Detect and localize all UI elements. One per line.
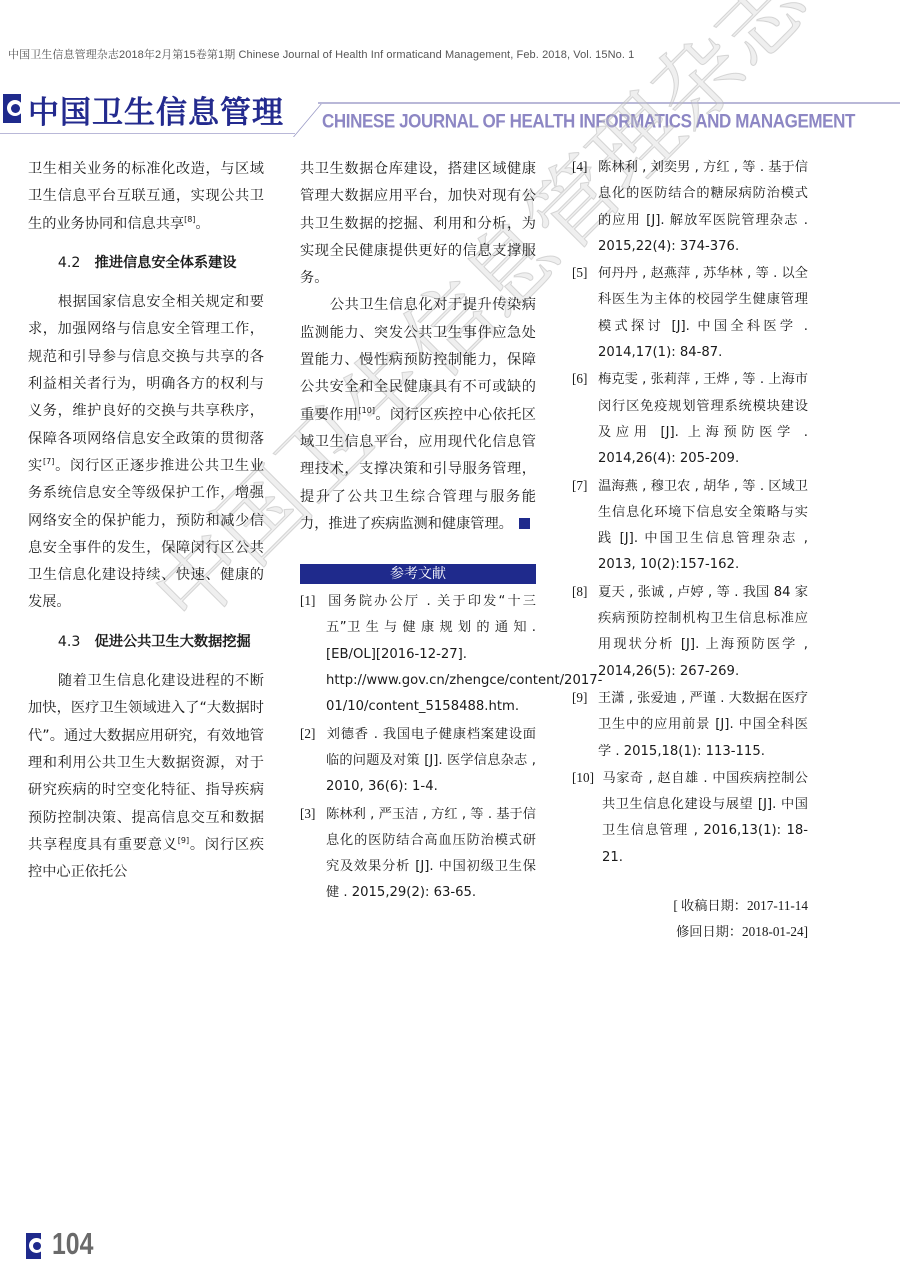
citation[interactable]: [8] <box>184 215 195 224</box>
paragraph: 共卫生数据仓库建设，搭建区域健康管理大数据应用平台，加快对现有公共卫生数据的挖掘… <box>300 156 536 292</box>
paragraph: 随着卫生信息化建设进程的不断加快，医疗卫生领域进入了“大数据时代”。通过大数据应… <box>28 668 264 886</box>
reference-item: [6]梅克雯 , 张莉萍 , 王烨 , 等 . 上海市闵行区免疫规划管理系统模块… <box>572 366 808 472</box>
reference-item: [4]陈林利 , 刘奕男 , 方红 , 等 . 基于信息化的医防结合的糖尿病防治… <box>572 154 808 260</box>
paragraph: 公共卫生信息化对于提升传染病监测能力、突发公共卫生事件应急处置能力、慢性病预防控… <box>300 292 536 538</box>
footer-logo-icon <box>26 1233 41 1259</box>
paragraph: 根据国家信息安全相关规定和要求，加强网络与信息安全管理工作，规范和引导参与信息交… <box>28 289 264 617</box>
reference-item: [5]何丹丹 , 赵燕萍 , 苏华林 , 等 . 以全科医生为主体的校园学生健康… <box>572 260 808 366</box>
reference-item: [3]陈林利 , 严玉洁 , 方红 , 等 . 基于信息化的医防结合高血压防治模… <box>300 801 536 907</box>
column-1: 卫生相关业务的标准化改造，与区域卫生信息平台互联互通，实现公共卫生的业务协同和信… <box>28 156 264 886</box>
masthead-slash-divider <box>293 103 323 137</box>
received-date: [ 收稿日期：2017-11-14 <box>673 893 808 919</box>
journal-title-cn: 中国卫生信息管理 <box>28 87 284 132</box>
masthead-rule-left <box>0 133 295 134</box>
journal-title-en: CHINESE JOURNAL OF HEALTH INFORMATICS AN… <box>322 110 855 133</box>
section-heading-4-2: 4.2推进信息安全体系建设 <box>28 250 264 277</box>
citation[interactable]: [7] <box>43 457 54 466</box>
column-2: 共卫生数据仓库建设，搭建区域健康管理大数据应用平台，加快对现有公共卫生数据的挖掘… <box>300 156 536 907</box>
references-heading: 参考文献 <box>300 564 536 584</box>
citation[interactable]: [10] <box>359 406 375 415</box>
manuscript-dates: [ 收稿日期：2017-11-14 修回日期：2018-01-24] <box>673 893 808 945</box>
citation[interactable]: [9] <box>178 836 189 845</box>
reference-item: [7]温海燕 , 穆卫农 , 胡华 , 等 . 区域卫生信息化环境下信息安全策略… <box>572 473 808 579</box>
column-3: [4]陈林利 , 刘奕男 , 方红 , 等 . 基于信息化的医防结合的糖尿病防治… <box>572 154 808 871</box>
masthead-rule-right <box>318 102 900 104</box>
reference-item: [2]刘德香 . 我国电子健康档案建设面临的问题及对策 [J]. 医学信息杂志 … <box>300 721 536 801</box>
journal-logo-icon <box>3 94 21 123</box>
paragraph: 卫生相关业务的标准化改造，与区域卫生信息平台互联互通，实现公共卫生的业务协同和信… <box>28 156 264 238</box>
section-heading-4-3: 4.3促进公共卫生大数据挖掘 <box>28 629 264 656</box>
masthead: 中国卫生信息管理 CHINESE JOURNAL OF HEALTH INFOR… <box>0 86 900 146</box>
running-head: 中国卫生信息管理杂志2018年2月第15卷第1期 Chinese Journal… <box>8 46 634 62</box>
reference-item: [1]国务院办公厅 . 关于印发“十三五”卫 生 与 健 康 规 划 的 通 知… <box>300 588 536 720</box>
reference-item: [9]王潇 , 张爱迪 , 严谨 . 大数据在医疗卫生中的应用前景 [J]. 中… <box>572 685 808 765</box>
page-number: 104 <box>52 1226 93 1262</box>
revised-date: 修回日期：2018-01-24] <box>673 919 808 945</box>
end-mark-icon <box>519 518 530 529</box>
reference-item: [10]马家奇 , 赵自雄 . 中国疾病控制公共卫生信息化建设与展望 [J]. … <box>572 765 808 871</box>
reference-item: [8]夏天 , 张诚 , 卢婷 , 等 . 我国 84 家疾病预防控制机构卫生信… <box>572 579 808 685</box>
